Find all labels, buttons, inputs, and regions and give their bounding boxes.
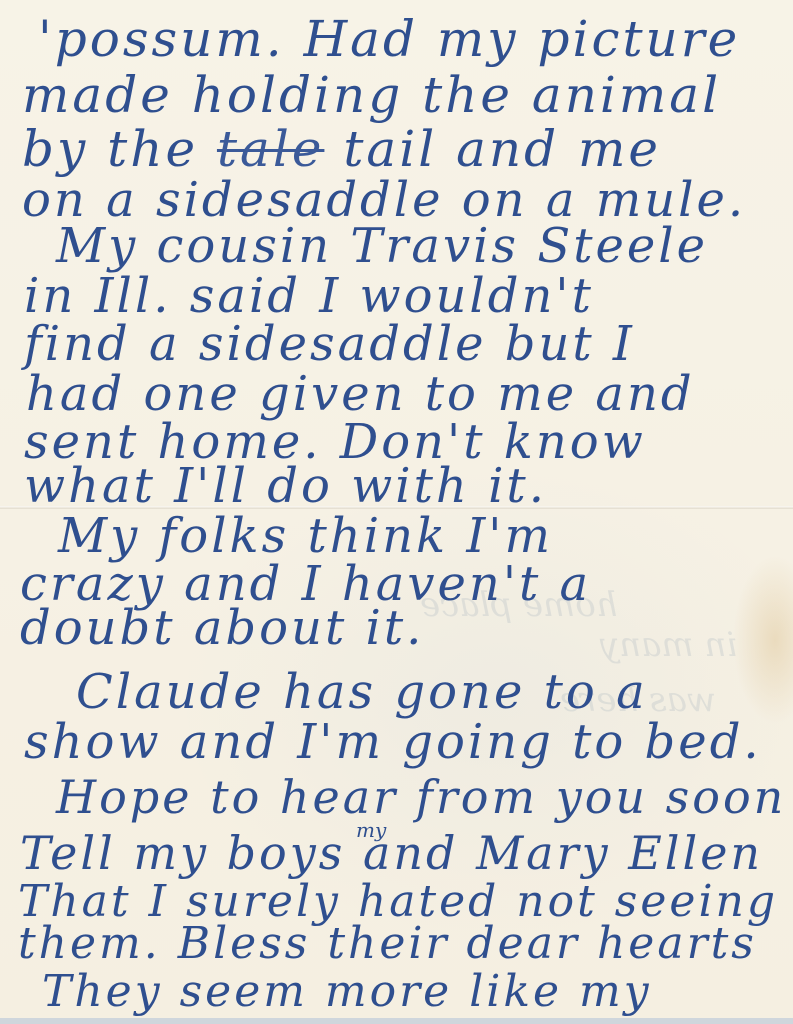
letter-line-16: Hope to hear from you soon xyxy=(56,774,786,820)
letter-line-1: 'possum. Had my picture xyxy=(38,14,740,64)
letter-line-6: in Ill. said I wouldn't xyxy=(24,272,594,320)
letter-line-20: They seem more like my xyxy=(42,970,652,1014)
letter-line-13: doubt about it. xyxy=(20,604,424,652)
letter-line-15: show and I'm going to bed. xyxy=(24,718,762,766)
letter-line-19: them. Bless their dear hearts xyxy=(18,922,757,966)
letter-line-4: on a sidesaddle on a mule. xyxy=(22,176,746,224)
letter-page: home place in many was here 'possum. Had… xyxy=(0,0,793,1024)
letter-line-17: Tell my boys and Mary Ellen xyxy=(20,830,763,876)
bleed-through-text: in many xyxy=(600,625,737,665)
scan-bottom-edge xyxy=(0,1018,793,1024)
letter-line-11: My folks think I'm xyxy=(58,512,553,560)
letter-line-2: made holding the animal xyxy=(22,70,721,120)
letter-line-7: find a sidesaddle but I xyxy=(24,320,635,368)
letter-line-8: had one given to me and xyxy=(26,370,695,418)
letter-line-5: My cousin Travis Steele xyxy=(56,222,708,270)
letter-line-3: by the tale tail and me xyxy=(22,124,661,174)
struck-word: tale xyxy=(217,120,324,178)
letter-line-14: Claude has gone to a xyxy=(76,668,648,716)
letter-line-10: what I'll do with it. xyxy=(24,462,547,510)
